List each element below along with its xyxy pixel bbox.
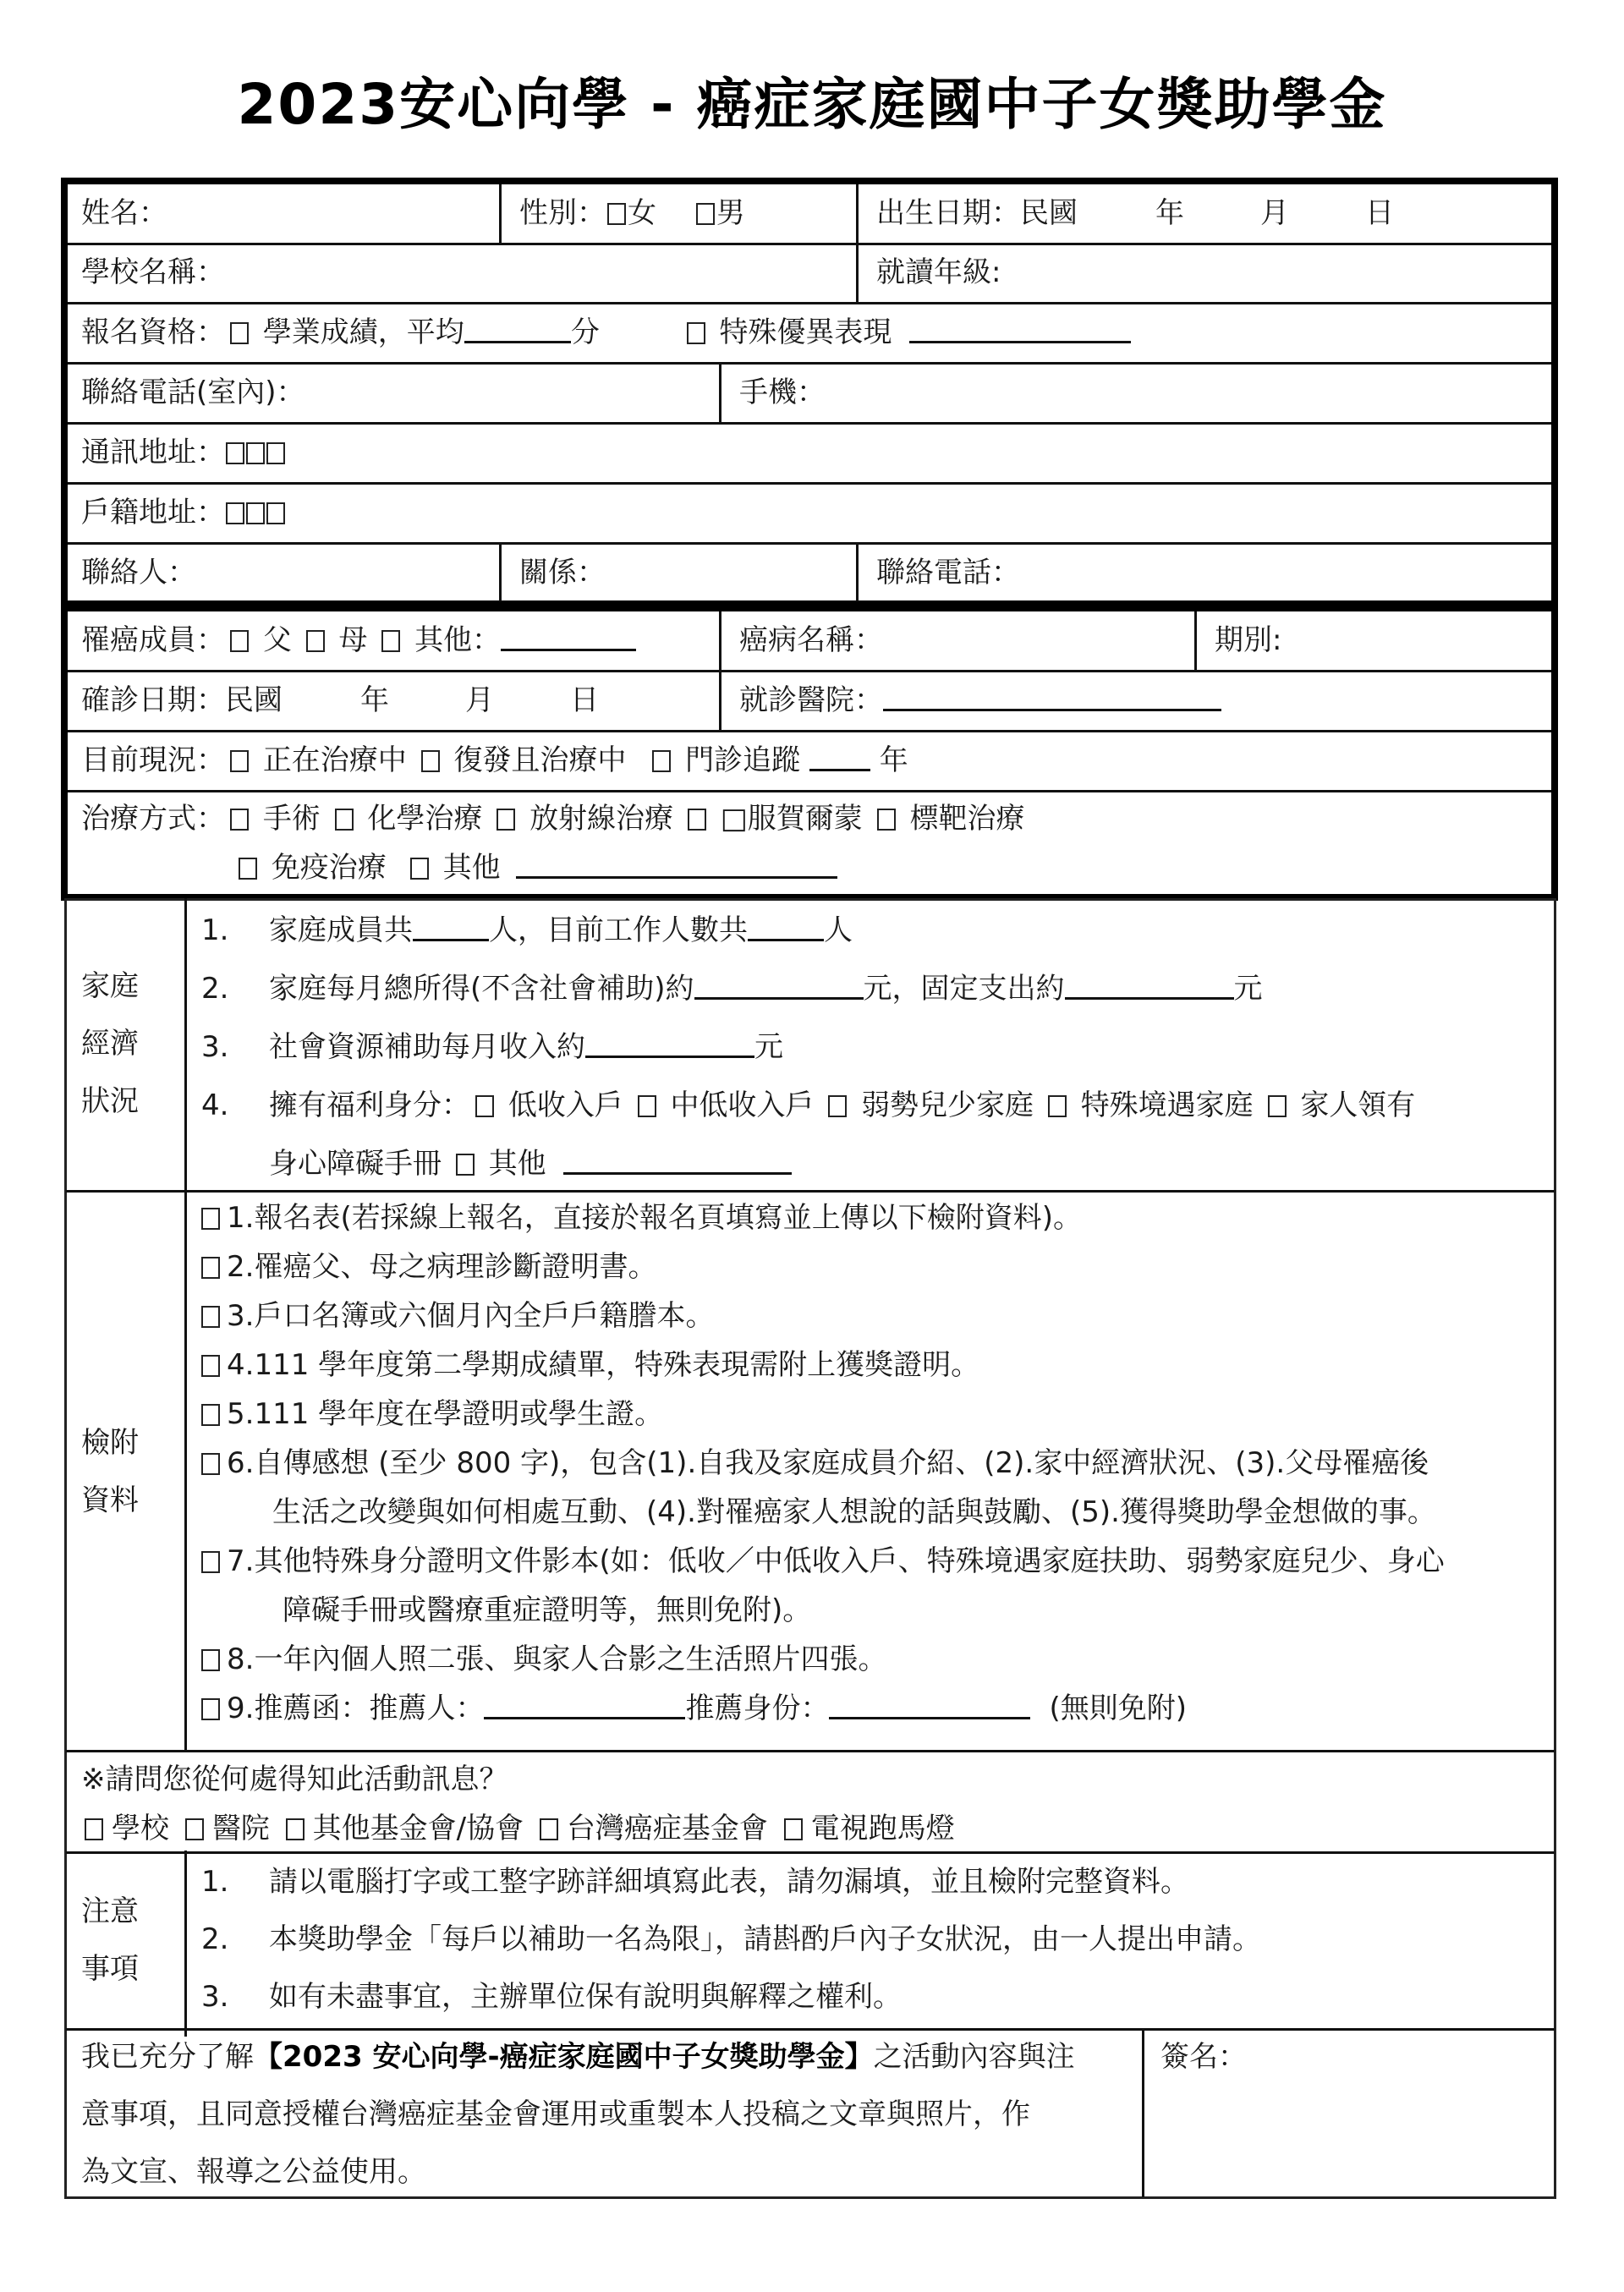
attachment-checkbox[interactable]	[201, 1355, 220, 1377]
gender-field: 性別：女 男	[519, 196, 745, 230]
welfare-other-label: 其他	[489, 1147, 546, 1181]
name-field[interactable]: 姓名：	[81, 196, 167, 230]
attachment-checkbox[interactable]	[201, 1257, 220, 1279]
attachment-checkbox[interactable]	[201, 1306, 220, 1328]
family-members-label: 家庭成員共	[269, 913, 413, 947]
attachment-checkbox[interactable]	[201, 1404, 220, 1426]
consent-prefix: 我已充分了解	[81, 2040, 254, 2074]
special-circumstance-checkbox[interactable]	[1048, 1095, 1067, 1117]
note-item: 2.本獎助學金「每戶以補助一名為限」，請斟酌戶內子女狀況，由一人提出申請。	[201, 1922, 1261, 1956]
stage-field[interactable]: 期別:	[1215, 623, 1281, 657]
relation-field[interactable]: 關係：	[519, 556, 606, 589]
attachment-checkbox[interactable]	[201, 1453, 220, 1475]
treatment-other-blank[interactable]	[516, 851, 837, 879]
monthly-income-blank[interactable]	[694, 972, 864, 1000]
treatment-radiation-checkbox[interactable]	[497, 809, 515, 831]
page-title: 2023安心向學 - 癌症家庭國中子女獎助學金	[0, 59, 1624, 140]
attachment-item: 1.報名表(若採線上報名，直接於報名頁填寫並上傳以下檢附資料)。	[201, 1201, 1082, 1235]
contact-phone-field[interactable]: 聯絡電話：	[876, 556, 1020, 589]
attachment-label: 5.111 學年度在學證明或學生證。	[227, 1397, 663, 1431]
low-income-label: 低收入戶	[508, 1088, 623, 1122]
item-number: 3.	[201, 1030, 269, 1064]
consent-program-name: 【2023 安心向學-癌症家庭國中子女獎助學金】	[254, 2040, 874, 2074]
treatment-surgery-label: 手術	[263, 802, 321, 836]
hospital-label: 就診醫院：	[739, 683, 883, 717]
diagnosis-day-label: 日	[570, 683, 599, 717]
mail-address-label: 通訊地址：	[81, 436, 225, 469]
attachment-label: 2.罹癌父、母之病理診斷證明書。	[227, 1250, 656, 1284]
source-hospital-label: 醫院	[212, 1812, 270, 1845]
notes-side-label-line: 注意	[81, 1883, 183, 1940]
disease-label: 癌病名稱：	[739, 623, 883, 657]
status-followup-checkbox[interactable]	[652, 750, 671, 772]
note-item: 3.如有未盡事宜，主辦單位保有說明與解釋之權利。	[201, 1980, 902, 2014]
social-aid-label: 社會資源補助每月收入約	[269, 1030, 585, 1064]
gender-male-label: 男	[716, 196, 745, 230]
family-members-blank[interactable]	[413, 913, 489, 941]
treatment-chemo-label: 化學治療	[367, 802, 482, 836]
item-number: 1.	[201, 1865, 269, 1899]
other-member-checkbox[interactable]	[381, 630, 400, 652]
source-tv-label: 電視跑馬燈	[811, 1812, 955, 1845]
signature-field[interactable]: 簽名：	[1160, 2040, 1247, 2074]
contact-person-field[interactable]: 聯絡人：	[81, 556, 196, 589]
mother-label: 母	[338, 623, 367, 657]
recommender-blank[interactable]	[484, 1692, 685, 1719]
attachments-side-label: 檢附 資料	[81, 1414, 183, 1529]
gender-label: 性別：	[519, 196, 606, 230]
treatment-immuno-label: 免疫治療	[272, 851, 387, 885]
stage-label: 期別:	[1215, 623, 1281, 657]
special-performance-blank[interactable]	[909, 315, 1131, 343]
attachment-label: 6.自傳感想 (至少 800 字)，包含(1).自我及家庭成員介紹、(2).家中…	[227, 1446, 1429, 1480]
other-member-blank[interactable]	[501, 623, 636, 651]
diagnosis-date-field[interactable]: 確診日期：民國年月日	[81, 683, 599, 717]
home-phone-field[interactable]: 聯絡電話(室內)：	[81, 376, 305, 409]
unit-label: 人	[824, 913, 853, 947]
note-text: 請以電腦打字或工整字跡詳細填寫此表，請勿漏填，並且檢附完整資料。	[269, 1865, 1189, 1899]
attachment-item-cont: 障礙手冊或醫療重症證明等，無則免附)。	[283, 1593, 811, 1627]
notes-side-label: 注意 事項	[81, 1883, 183, 1998]
welfare-other-checkbox[interactable]	[456, 1154, 475, 1176]
name-label: 姓名：	[81, 196, 167, 230]
treatment-other-label: 其他	[443, 851, 501, 885]
working-members-label: 人，目前工作人數共	[489, 913, 748, 947]
postal-code-box[interactable]	[266, 502, 285, 524]
item-number: 2.	[201, 972, 269, 1006]
father-label: 父	[263, 623, 292, 657]
fixed-expense-label: 元，固定支出約	[864, 972, 1065, 1006]
recommender-identity-blank[interactable]	[829, 1692, 1030, 1719]
contact-label: 聯絡人：	[81, 556, 196, 589]
eligibility-special-checkbox[interactable]	[687, 322, 705, 344]
consent-suffix: 之活動內容與注	[874, 2040, 1075, 2074]
diagnosis-label: 確診日期：民國	[81, 683, 283, 717]
treatment-field: 治療方式： 手術 化學治療 放射線治療 □服賀爾蒙 標靶治療	[81, 802, 1024, 836]
birth-label: 出生日期：民國	[876, 196, 1078, 230]
item-number: 1.	[201, 913, 269, 947]
status-relapse-label: 復發且治療中	[453, 743, 626, 777]
birth-date-field[interactable]: 出生日期：民國年月日	[876, 196, 1394, 230]
welfare-other-blank[interactable]	[563, 1147, 792, 1175]
mother-checkbox[interactable]	[306, 630, 325, 652]
treatment-radiation-label: 放射線治療	[529, 802, 673, 836]
recommender-identity-label: 推薦身份：	[685, 1692, 829, 1725]
gender-male-checkbox[interactable]	[696, 203, 715, 225]
special-circumstance-label: 特殊境遇家庭	[1081, 1088, 1254, 1122]
birth-month-label: 月	[1260, 196, 1289, 230]
eligibility-field: 報名資格： 學業成績，平均分 特殊優異表現	[81, 315, 1131, 349]
status-treating-label: 正在治療中	[263, 743, 407, 777]
treatment-immuno-checkbox[interactable]	[239, 858, 257, 880]
followup-years-blank[interactable]	[809, 743, 870, 771]
source-foundation-checkbox[interactable]	[286, 1818, 304, 1840]
treatment-field-row2: 免疫治療 其他	[233, 851, 837, 885]
status-relapse-checkbox[interactable]	[421, 750, 440, 772]
note-item: 1.請以電腦打字或工整字跡詳細填寫此表，請勿漏填，並且檢附完整資料。	[201, 1865, 1189, 1899]
recommender-label: 9.推薦函：推薦人：	[227, 1692, 484, 1725]
consent-line-2: 意事項，且同意授權台灣癌症基金會運用或重製本人投稿之文章與照片，作	[81, 2097, 1030, 2131]
attachments-side-label-line: 資料	[81, 1472, 183, 1529]
mid-low-income-label: 中低收入戶	[670, 1088, 814, 1122]
birth-day-label: 日	[1365, 196, 1394, 230]
working-members-blank[interactable]	[748, 913, 824, 941]
attachment-item: 3.戶口名簿或六個月內全戶戶籍謄本。	[201, 1299, 714, 1333]
diagnosis-month-label: 月	[465, 683, 494, 717]
economy-side-label-line: 家庭	[81, 957, 183, 1015]
attachment-checkbox[interactable]	[201, 1208, 220, 1230]
gender-female-checkbox[interactable]	[607, 203, 626, 225]
status-treating-checkbox[interactable]	[230, 750, 249, 772]
mail-address-field[interactable]: 通訊地址：	[81, 436, 286, 469]
treatment-hormone-checkbox[interactable]	[688, 809, 706, 831]
current-status-field: 目前現況： 正在治療中 復發且治療中 門診追蹤 年	[81, 743, 908, 777]
household-address-field[interactable]: 戶籍地址：	[81, 496, 286, 529]
treatment-targeted-checkbox[interactable]	[877, 809, 896, 831]
disadvantaged-family-checkbox[interactable]	[828, 1095, 847, 1117]
household-address-label: 戶籍地址：	[81, 496, 225, 529]
postal-code-box[interactable]	[226, 442, 244, 464]
score-unit-label: 分	[571, 315, 600, 349]
father-checkbox[interactable]	[230, 630, 249, 652]
attachment-item: 9.推薦函：推薦人：推薦身份：(無則免附)	[201, 1692, 1187, 1725]
followup-year-label: 年	[880, 743, 908, 777]
school-label: 學校名稱：	[81, 255, 225, 289]
unit-label: 元	[754, 1030, 783, 1064]
attachment-label: 4.111 學年度第二學期成績單，特殊表現需附上獲獎證明。	[227, 1348, 979, 1382]
attachment-label-cont: 生活之改變與如何相處互動、(4).對罹癌家人想說的話與鼓勵、(5).獲得獎助學金…	[272, 1495, 1436, 1529]
grade-field[interactable]: 就讀年級:	[876, 255, 1001, 289]
attachment-checkbox[interactable]	[201, 1698, 220, 1720]
attachment-label: 3.戶口名簿或六個月內全戶戶籍謄本。	[227, 1299, 714, 1333]
attachment-item: 4.111 學年度第二學期成績單，特殊表現需附上獲獎證明。	[201, 1348, 979, 1382]
postal-code-box[interactable]	[246, 442, 265, 464]
other-member-label: 其他：	[414, 623, 501, 657]
disability-card-checkbox[interactable]	[1268, 1095, 1287, 1117]
attachment-item: 2.罹癌父、母之病理診斷證明書。	[201, 1250, 656, 1284]
economy-side-label-line: 狀況	[81, 1072, 183, 1130]
source-hospital-checkbox[interactable]	[185, 1818, 204, 1840]
attachment-label: 7.其他特殊身分證明文件影本(如：低收／中低收入戶、特殊境遇家庭扶助、弱勢家庭兒…	[227, 1544, 1445, 1578]
source-tcf-label: 台灣癌症基金會	[567, 1812, 768, 1845]
gender-female-label: 女	[628, 196, 656, 230]
welfare-status-label: 擁有福利身分：	[269, 1088, 470, 1122]
disability-card-label: 家人領有	[1300, 1088, 1415, 1122]
recommender-note: (無則免附)	[1049, 1692, 1187, 1725]
item-number: 3.	[201, 1980, 269, 2014]
source-school-checkbox[interactable]	[85, 1818, 103, 1840]
grade-label: 就讀年級:	[876, 255, 1001, 289]
eligibility-academic-label: 學業成績，平均	[263, 315, 464, 349]
attachment-item: 8.一年內個人照二張、與家人合影之生活照片四張。	[201, 1642, 886, 1676]
unit-label: 元	[1234, 972, 1263, 1006]
relation-label: 關係：	[519, 556, 606, 589]
hospital-blank[interactable]	[883, 683, 1221, 711]
treatment-label: 治療方式：	[81, 802, 225, 836]
eligibility-academic-checkbox[interactable]	[230, 322, 249, 344]
postal-code-box[interactable]	[226, 502, 244, 524]
economy-item-4-cont: 身心障礙手冊 其他	[269, 1147, 792, 1181]
attachment-item: 7.其他特殊身分證明文件影本(如：低收／中低收入戶、特殊境遇家庭扶助、弱勢家庭兒…	[201, 1544, 1445, 1578]
source-question: ※請問您從何處得知此活動訊息？	[81, 1763, 508, 1796]
attachment-item: 5.111 學年度在學證明或學生證。	[201, 1397, 663, 1431]
note-text: 如有未盡事宜，主辦單位保有說明與解釋之權利。	[269, 1980, 902, 2014]
item-number: 4.	[201, 1088, 269, 1122]
hospital-field: 就診醫院：	[739, 683, 1221, 717]
contact-phone-label: 聯絡電話：	[876, 556, 1020, 589]
treatment-surgery-checkbox[interactable]	[230, 809, 249, 831]
economy-item-2: 2.家庭每月總所得(不含社會補助)約元，固定支出約元	[201, 972, 1263, 1006]
item-number: 2.	[201, 1922, 269, 1956]
source-options: 學校 醫院 其他基金會/協會 台灣癌症基金會 電視跑馬燈	[81, 1812, 955, 1845]
mobile-label: 手機：	[739, 376, 826, 409]
treatment-chemo-checkbox[interactable]	[335, 809, 354, 831]
social-aid-blank[interactable]	[585, 1030, 754, 1058]
low-income-checkbox[interactable]	[475, 1095, 494, 1117]
diagnosis-year-label: 年	[360, 683, 389, 717]
mid-low-income-checkbox[interactable]	[638, 1095, 656, 1117]
cancer-member-label: 罹癌成員：	[81, 623, 225, 657]
economy-item-4: 4.擁有福利身分： 低收入戶 中低收入戶 弱勢兒少家庭 特殊境遇家庭 家人領有	[201, 1088, 1415, 1122]
cancer-member-field: 罹癌成員： 父 母 其他：	[81, 623, 636, 657]
attachment-item-cont: 生活之改變與如何相處互動、(4).對罹癌家人想說的話與鼓勵、(5).獲得獎助學金…	[272, 1495, 1436, 1529]
notes-side-label-line: 事項	[81, 1940, 183, 1998]
disability-card-label-cont: 身心障礙手冊	[269, 1147, 442, 1181]
eligibility-special-label: 特殊優異表現	[719, 315, 892, 349]
economy-side-label-line: 經濟	[81, 1015, 183, 1072]
economy-item-1: 1.家庭成員共人，目前工作人數共人	[201, 913, 853, 947]
source-tcf-checkbox[interactable]	[540, 1818, 558, 1840]
note-text: 本獎助學金「每戶以補助一名為限」，請斟酌戶內子女狀況，由一人提出申請。	[269, 1922, 1261, 1956]
economy-item-3: 3.社會資源補助每月收入約元	[201, 1030, 783, 1064]
monthly-income-label: 家庭每月總所得(不含社會補助)約	[269, 972, 694, 1006]
average-score-blank[interactable]	[464, 315, 571, 343]
treatment-hormone-label: □服賀爾蒙	[721, 802, 863, 836]
postal-code-box[interactable]	[266, 442, 285, 464]
eligibility-label: 報名資格：	[81, 315, 225, 349]
attachment-checkbox[interactable]	[201, 1649, 220, 1671]
attachment-label: 8.一年內個人照二張、與家人合影之生活照片四張。	[227, 1642, 886, 1676]
treatment-targeted-label: 標靶治療	[909, 802, 1024, 836]
source-school-label: 學校	[112, 1812, 169, 1845]
status-label: 目前現況：	[81, 743, 225, 777]
attachment-label: 1.報名表(若採線上報名，直接於報名頁填寫並上傳以下檢附資料)。	[227, 1201, 1082, 1235]
source-foundation-label: 其他基金會/協會	[313, 1812, 524, 1845]
postal-code-box[interactable]	[246, 502, 265, 524]
signature-label: 簽名：	[1160, 2040, 1247, 2074]
source-tv-checkbox[interactable]	[784, 1818, 803, 1840]
home-phone-label: 聯絡電話(室內)：	[81, 376, 305, 409]
attachment-label-cont: 障礙手冊或醫療重症證明等，無則免附)。	[283, 1593, 811, 1627]
economy-side-label: 家庭 經濟 狀況	[81, 957, 183, 1130]
school-name-field[interactable]: 學校名稱：	[81, 255, 225, 289]
treatment-other-checkbox[interactable]	[410, 858, 429, 880]
consent-line-3: 為文宣、報導之公益使用。	[81, 2155, 426, 2189]
attachment-item: 6.自傳感想 (至少 800 字)，包含(1).自我及家庭成員介紹、(2).家中…	[201, 1446, 1429, 1480]
disease-name-field[interactable]: 癌病名稱：	[739, 623, 883, 657]
attachment-checkbox[interactable]	[201, 1551, 220, 1573]
attachments-side-label-line: 檢附	[81, 1414, 183, 1472]
birth-year-label: 年	[1155, 196, 1184, 230]
consent-line-1: 我已充分了解【2023 安心向學-癌症家庭國中子女獎助學金】之活動內容與注	[81, 2040, 1075, 2074]
mobile-field[interactable]: 手機：	[739, 376, 826, 409]
disadvantaged-family-label: 弱勢兒少家庭	[861, 1088, 1034, 1122]
status-followup-label: 門診追蹤	[685, 743, 800, 777]
fixed-expense-blank[interactable]	[1065, 972, 1234, 1000]
